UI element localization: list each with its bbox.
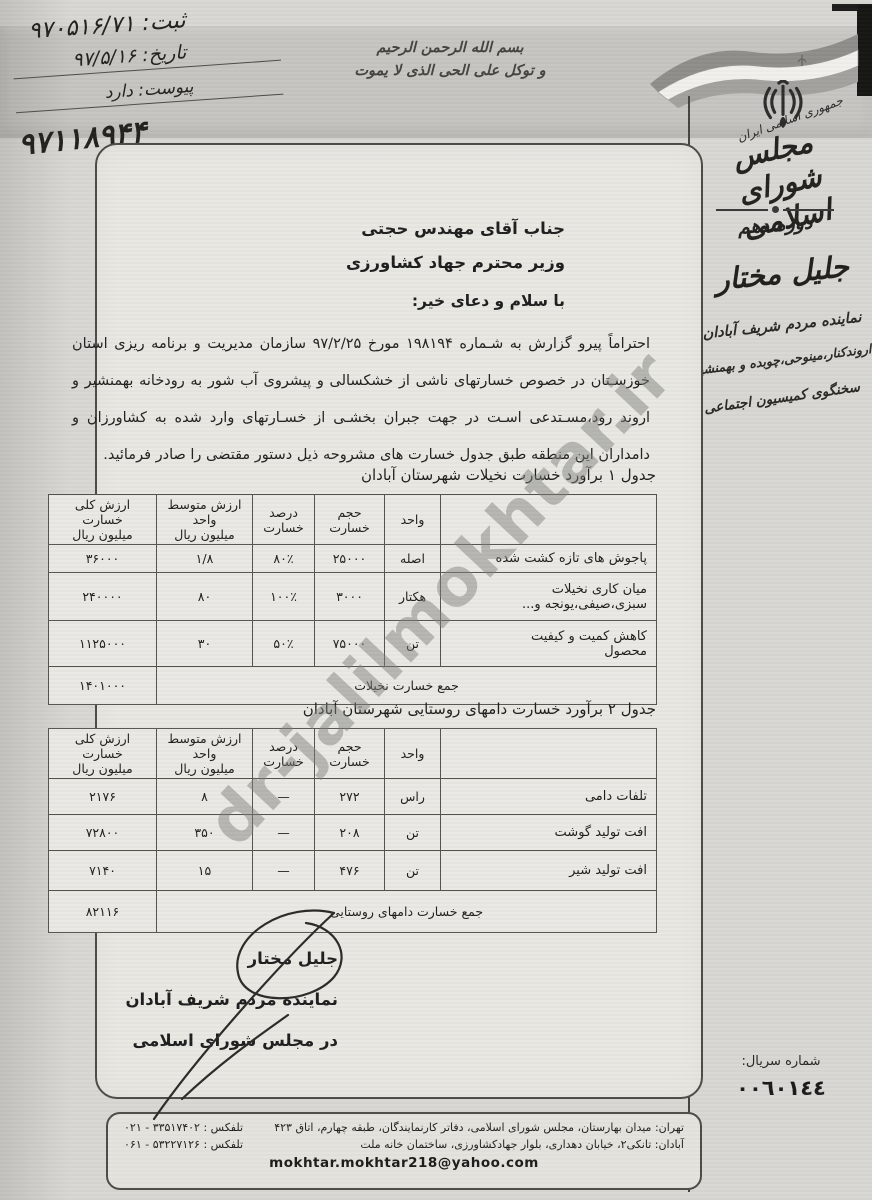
- serial-number-value: ٠٠٦٠١٤٤: [703, 1076, 859, 1100]
- cell-unit: هکتار: [385, 573, 441, 621]
- cell-total-value: ۱۱۲۵۰۰۰: [49, 621, 157, 667]
- cell-percent: —: [253, 815, 315, 851]
- header-unit: واحد: [385, 729, 441, 779]
- cell-avg-value: ۱۵: [157, 851, 253, 891]
- cell-unit: تن: [385, 621, 441, 667]
- cell-item: پاجوش های تازه کشت شده: [441, 545, 657, 573]
- recipient-block: جناب آقای مهندس حجتی وزیر محترم جهاد کشا…: [120, 212, 565, 280]
- cell-avg-value: ۱/۸: [157, 545, 253, 573]
- registration-stamp: ثبت: ۹۷۰۵۱۶/۷۱ تاریخ: ۹۷/۵/۱۶ پیوست: دار…: [9, 1, 286, 158]
- cell-volume: ۷۵۰۰۰: [315, 621, 385, 667]
- table1-title: جدول ۱ برآورد خسارت نخیلات شهرستان آبادا…: [250, 466, 656, 484]
- table-header-row: واحد حجم خسارت درصد خسارت ارزش متوسط واح…: [49, 729, 657, 779]
- cell-total-value: ۷۲۸۰۰: [49, 815, 157, 851]
- cell-percent: ۵۰٪: [253, 621, 315, 667]
- header-avg-value: ارزش متوسط واحد میلیون ریال: [157, 495, 253, 545]
- footer-row-abadan: آبادان: تانکی۲، خیابان دهداری، بلوار جها…: [124, 1138, 684, 1151]
- scan-corner-tick: [832, 4, 858, 11]
- mp-role-representative: نماینده مردم شریف آبادان: [694, 309, 871, 343]
- bismillah: بسم الله الرحمن الرحیم و توکل علی الحی ا…: [300, 40, 600, 79]
- serial-number-label: شماره سریال:: [703, 1054, 859, 1069]
- header-volume: حجم خسارت: [315, 729, 385, 779]
- cell-total-value: ۲۱۷۶: [49, 779, 157, 815]
- cell-unit: اصله: [385, 545, 441, 573]
- handwritten-signature-icon: [138, 893, 398, 1127]
- salutation: با سلام و دعای خیر:: [120, 292, 565, 310]
- table-row: افت تولید شیر تن ۴۷۶ — ۱۵ ۷۱۴۰: [49, 851, 657, 891]
- table-row: تلفات دامی راس ۲۷۲ — ۸ ۲۱۷۶: [49, 779, 657, 815]
- cell-volume: ۲۰۸: [315, 815, 385, 851]
- table2-title: جدول ۲ برآورد خسارت دامهای روستایی شهرست…: [250, 700, 656, 718]
- cell-avg-value: ۸۰: [157, 573, 253, 621]
- cell-volume: ۲۵۰۰۰: [315, 545, 385, 573]
- table-row: کاهش کمیت و کیفیت محصول تن ۷۵۰۰۰ ۵۰٪ ۳۰ …: [49, 621, 657, 667]
- bismillah-line2: و توکل علی الحی الذی لا یموت: [300, 63, 600, 79]
- letter-body: احتراماً پیرو گزارش به شـماره ۱۹۸۱۹۴ مور…: [72, 326, 650, 474]
- footer-fax-abadan: تلفکس : ۵۳۲۲۷۱۲۶ - ۰۶۱: [124, 1138, 243, 1151]
- cell-avg-value: ۸: [157, 779, 253, 815]
- cell-avg-value: ۳۵۰: [157, 815, 253, 851]
- cell-total-value: ۲۴۰۰۰۰: [49, 573, 157, 621]
- cell-avg-value: ۳۰: [157, 621, 253, 667]
- bismillah-line1: بسم الله الرحمن الرحیم: [300, 40, 600, 56]
- cell-unit: تن: [385, 815, 441, 851]
- header-total-value: ارزش کلی خسارت میلیون ریال: [49, 495, 157, 545]
- cell-item: افت تولید شیر: [441, 851, 657, 891]
- header-item: [441, 495, 657, 545]
- header-total-value: ارزش کلی خسارت میلیون ریال: [49, 729, 157, 779]
- cell-item: افت تولید گوشت: [441, 815, 657, 851]
- scanned-letter-page: ثبت: ۹۷۰۵۱۶/۷۱ تاریخ: ۹۷/۵/۱۶ پیوست: دار…: [0, 0, 872, 1200]
- cell-unit: راس: [385, 779, 441, 815]
- cell-volume: ۳۰۰۰: [315, 573, 385, 621]
- cell-volume: ۴۷۶: [315, 851, 385, 891]
- cell-total-value: ۳۶۰۰۰: [49, 545, 157, 573]
- table-header-row: واحد حجم خسارت درصد خسارت ارزش متوسط واح…: [49, 495, 657, 545]
- cell-percent: ۱۰۰٪: [253, 573, 315, 621]
- footer-email: mokhtar.mokhtar218@yahoo.com: [124, 1155, 684, 1171]
- header-avg-value: ارزش متوسط واحد میلیون ریال: [157, 729, 253, 779]
- cell-item: میان کاری نخیلات سبزی،صیفی،یونجه و...: [441, 573, 657, 621]
- header-item: [441, 729, 657, 779]
- cell-item: تلفات دامی: [441, 779, 657, 815]
- cell-item: کاهش کمیت و کیفیت محصول: [441, 621, 657, 667]
- cell-percent: ۸۰٪: [253, 545, 315, 573]
- header-percent: درصد خسارت: [253, 729, 315, 779]
- header-volume: حجم خسارت: [315, 495, 385, 545]
- recipient-role: وزیر محترم جهاد کشاورزی: [120, 246, 565, 280]
- table-total-row: جمع خسارت نخیلات ۱۴۰۱۰۰۰: [49, 667, 657, 705]
- header-percent: درصد خسارت: [253, 495, 315, 545]
- cell-percent: —: [253, 779, 315, 815]
- cell-total-value: ۷۱۴۰: [49, 851, 157, 891]
- table-row: افت تولید گوشت تن ۲۰۸ — ۳۵۰ ۷۲۸۰۰: [49, 815, 657, 851]
- total-label: جمع خسارت نخیلات: [157, 667, 657, 705]
- divider-dot-icon: [772, 206, 779, 213]
- recipient-name: جناب آقای مهندس حجتی: [120, 212, 565, 246]
- table-row: پاجوش های تازه کشت شده اصله ۲۵۰۰۰ ۸۰٪ ۱/…: [49, 545, 657, 573]
- header-unit: واحد: [385, 495, 441, 545]
- cell-volume: ۲۷۲: [315, 779, 385, 815]
- total-value: ۱۴۰۱۰۰۰: [49, 667, 157, 705]
- mp-role-spokesman: سخنگوی کمیسیون اجتماعی: [696, 378, 869, 418]
- cell-unit: تن: [385, 851, 441, 891]
- mp-name-calligraphy: جلیل مختار: [697, 247, 868, 298]
- palm-damage-table: واحد حجم خسارت درصد خسارت ارزش متوسط واح…: [48, 494, 657, 705]
- table-row: میان کاری نخیلات سبزی،صیفی،یونجه و... هک…: [49, 573, 657, 621]
- mp-role-districts: اروندکنار،مینوحی،چوبده و بهمنشیر: [692, 341, 872, 378]
- cell-percent: —: [253, 851, 315, 891]
- footer-address-abadan: آبادان: تانکی۲، خیابان دهداری، بلوار جها…: [360, 1138, 684, 1151]
